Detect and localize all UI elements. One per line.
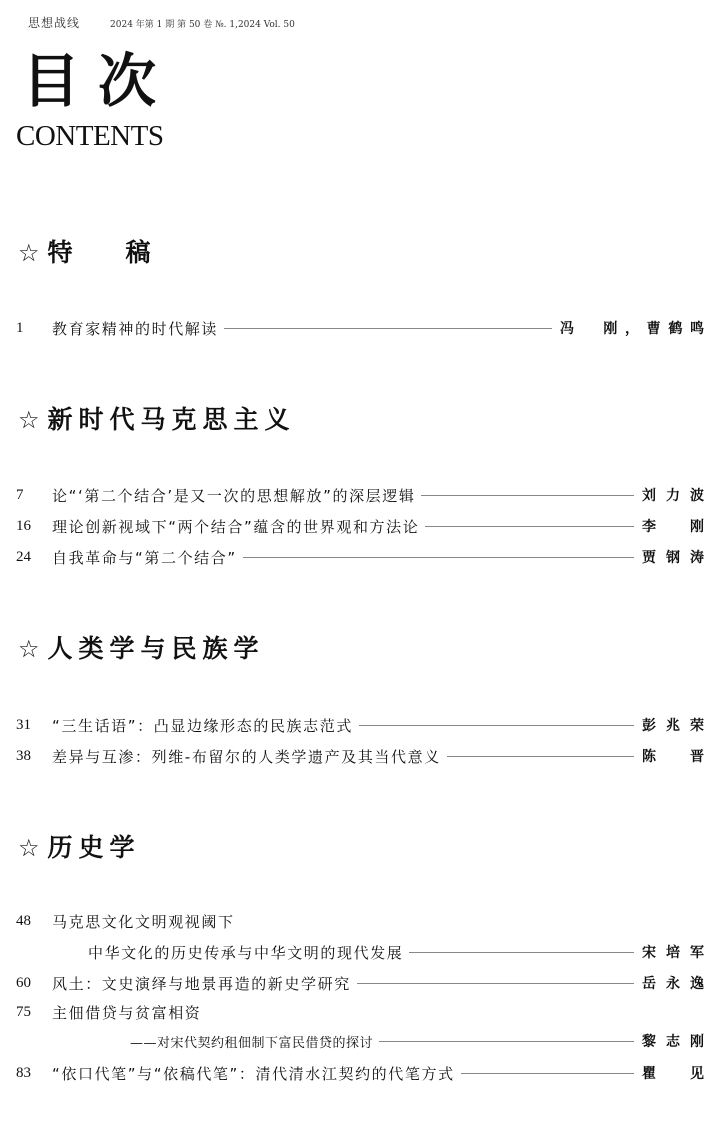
- article-title[interactable]: 论“‘第二个结合’是又一次的思想解放”的深层逻辑: [52, 485, 415, 506]
- leader-line: [243, 557, 634, 558]
- toc-entry[interactable]: 48 马克思文化文明观视阈下: [16, 910, 704, 932]
- article-author: 陈 晋: [642, 746, 704, 766]
- leader-line: [359, 725, 634, 726]
- article-title[interactable]: 理论创新视域下“两个结合”蕴含的世界观和方法论: [52, 516, 419, 537]
- article-title[interactable]: 马克思文化文明观视阈下: [52, 911, 235, 932]
- toc-entry[interactable]: 75 主佃借贷与贫富相资: [16, 1001, 704, 1023]
- section-heading-anthropology: ☆ 人类学与民族学: [18, 636, 265, 661]
- journal-name: 思想战线: [28, 14, 80, 31]
- running-header: 思想战线 2024 年第 1 期 第 50 卷 №. 1,2024 Vol. 5…: [28, 14, 295, 31]
- page-title: 目次: [22, 52, 174, 110]
- section-label: 人类学与民族学: [48, 636, 265, 661]
- article-title[interactable]: 自我革命与“第二个结合”: [52, 547, 237, 568]
- section-heading-special: ☆ 特 稿: [18, 240, 165, 265]
- article-author: 岳永逸: [642, 973, 704, 993]
- section-heading-marxism: ☆ 新时代马克思主义: [18, 407, 296, 432]
- toc-entry[interactable]: 16 理论创新视域下“两个结合”蕴含的世界观和方法论 李 刚: [16, 515, 704, 537]
- article-author: 李 刚: [642, 516, 704, 536]
- leader-line: [461, 1073, 634, 1074]
- article-title-continuation[interactable]: 中华文化的历史传承与中华文明的现代发展: [88, 942, 403, 963]
- page-number: 1: [16, 320, 52, 337]
- article-title[interactable]: 主佃借贷与贫富相资: [52, 1002, 201, 1023]
- article-author: 瞿 见: [642, 1063, 704, 1083]
- article-title[interactable]: 教育家精神的时代解读: [52, 318, 218, 339]
- article-author: 宋培军: [642, 942, 704, 962]
- star-icon: ☆: [18, 241, 40, 265]
- page-number: 60: [16, 975, 52, 992]
- star-icon: ☆: [18, 836, 40, 860]
- article-title[interactable]: 差异与互渗：列维-布留尔的人类学遗产及其当代意义: [52, 746, 441, 767]
- article-subtitle[interactable]: ——对宋代契约租佃制下富民借贷的探讨: [130, 1032, 373, 1051]
- toc-entry[interactable]: 31 “三生话语”：凸显边缘形态的民族志范式 彭兆荣: [16, 714, 704, 736]
- article-author: 冯 刚，曹鹤鸣: [560, 318, 704, 338]
- toc-entry[interactable]: 38 差异与互渗：列维-布留尔的人类学遗产及其当代意义 陈 晋: [16, 745, 704, 767]
- page-number: 16: [16, 518, 52, 535]
- leader-line: [357, 983, 634, 984]
- page-number: 7: [16, 487, 52, 504]
- page-number: 48: [16, 913, 52, 930]
- leader-line: [447, 756, 634, 757]
- toc-entry[interactable]: 24 自我革命与“第二个结合” 贾钢涛: [16, 546, 704, 568]
- leader-line: [421, 495, 634, 496]
- toc-entry[interactable]: 60 风土：文史演绎与地景再造的新史学研究 岳永逸: [16, 972, 704, 994]
- section-heading-history: ☆ 历史学: [18, 835, 141, 860]
- toc-entry-subtitle[interactable]: ——对宋代契约租佃制下富民借贷的探讨 黎志刚: [16, 1030, 704, 1052]
- page-number: 83: [16, 1065, 52, 1082]
- leader-line: [224, 328, 552, 329]
- page-number: 75: [16, 1004, 52, 1021]
- article-author: 黎志刚: [642, 1031, 704, 1051]
- toc-entry[interactable]: 7 论“‘第二个结合’是又一次的思想解放”的深层逻辑 刘力波: [16, 484, 704, 506]
- section-label: 特 稿: [48, 240, 165, 265]
- star-icon: ☆: [18, 637, 40, 661]
- issue-info: 2024 年第 1 期 第 50 卷 №. 1,2024 Vol. 50: [110, 17, 295, 30]
- page-number: 24: [16, 549, 52, 566]
- section-label: 历史学: [48, 835, 141, 860]
- page-number: 38: [16, 748, 52, 765]
- section-label: 新时代马克思主义: [48, 407, 296, 432]
- toc-entry[interactable]: 83 “依口代笔”与“依稿代笔”：清代清水江契约的代笔方式 瞿 见: [16, 1062, 704, 1084]
- page-number: 31: [16, 717, 52, 734]
- star-icon: ☆: [18, 408, 40, 432]
- toc-entry[interactable]: 1 教育家精神的时代解读 冯 刚，曹鹤鸣: [16, 317, 704, 339]
- leader-line: [425, 526, 634, 527]
- article-author: 刘力波: [642, 485, 704, 505]
- article-title[interactable]: “依口代笔”与“依稿代笔”：清代清水江契约的代笔方式: [52, 1063, 455, 1084]
- page-title-english: CONTENTS: [16, 122, 163, 151]
- leader-line: [409, 952, 634, 953]
- toc-entry-continuation[interactable]: 中华文化的历史传承与中华文明的现代发展 宋培军: [16, 941, 704, 963]
- leader-line: [379, 1041, 634, 1042]
- article-title[interactable]: 风土：文史演绎与地景再造的新史学研究: [52, 973, 351, 994]
- article-title[interactable]: “三生话语”：凸显边缘形态的民族志范式: [52, 715, 353, 736]
- article-author: 彭兆荣: [642, 715, 704, 735]
- article-author: 贾钢涛: [642, 547, 704, 567]
